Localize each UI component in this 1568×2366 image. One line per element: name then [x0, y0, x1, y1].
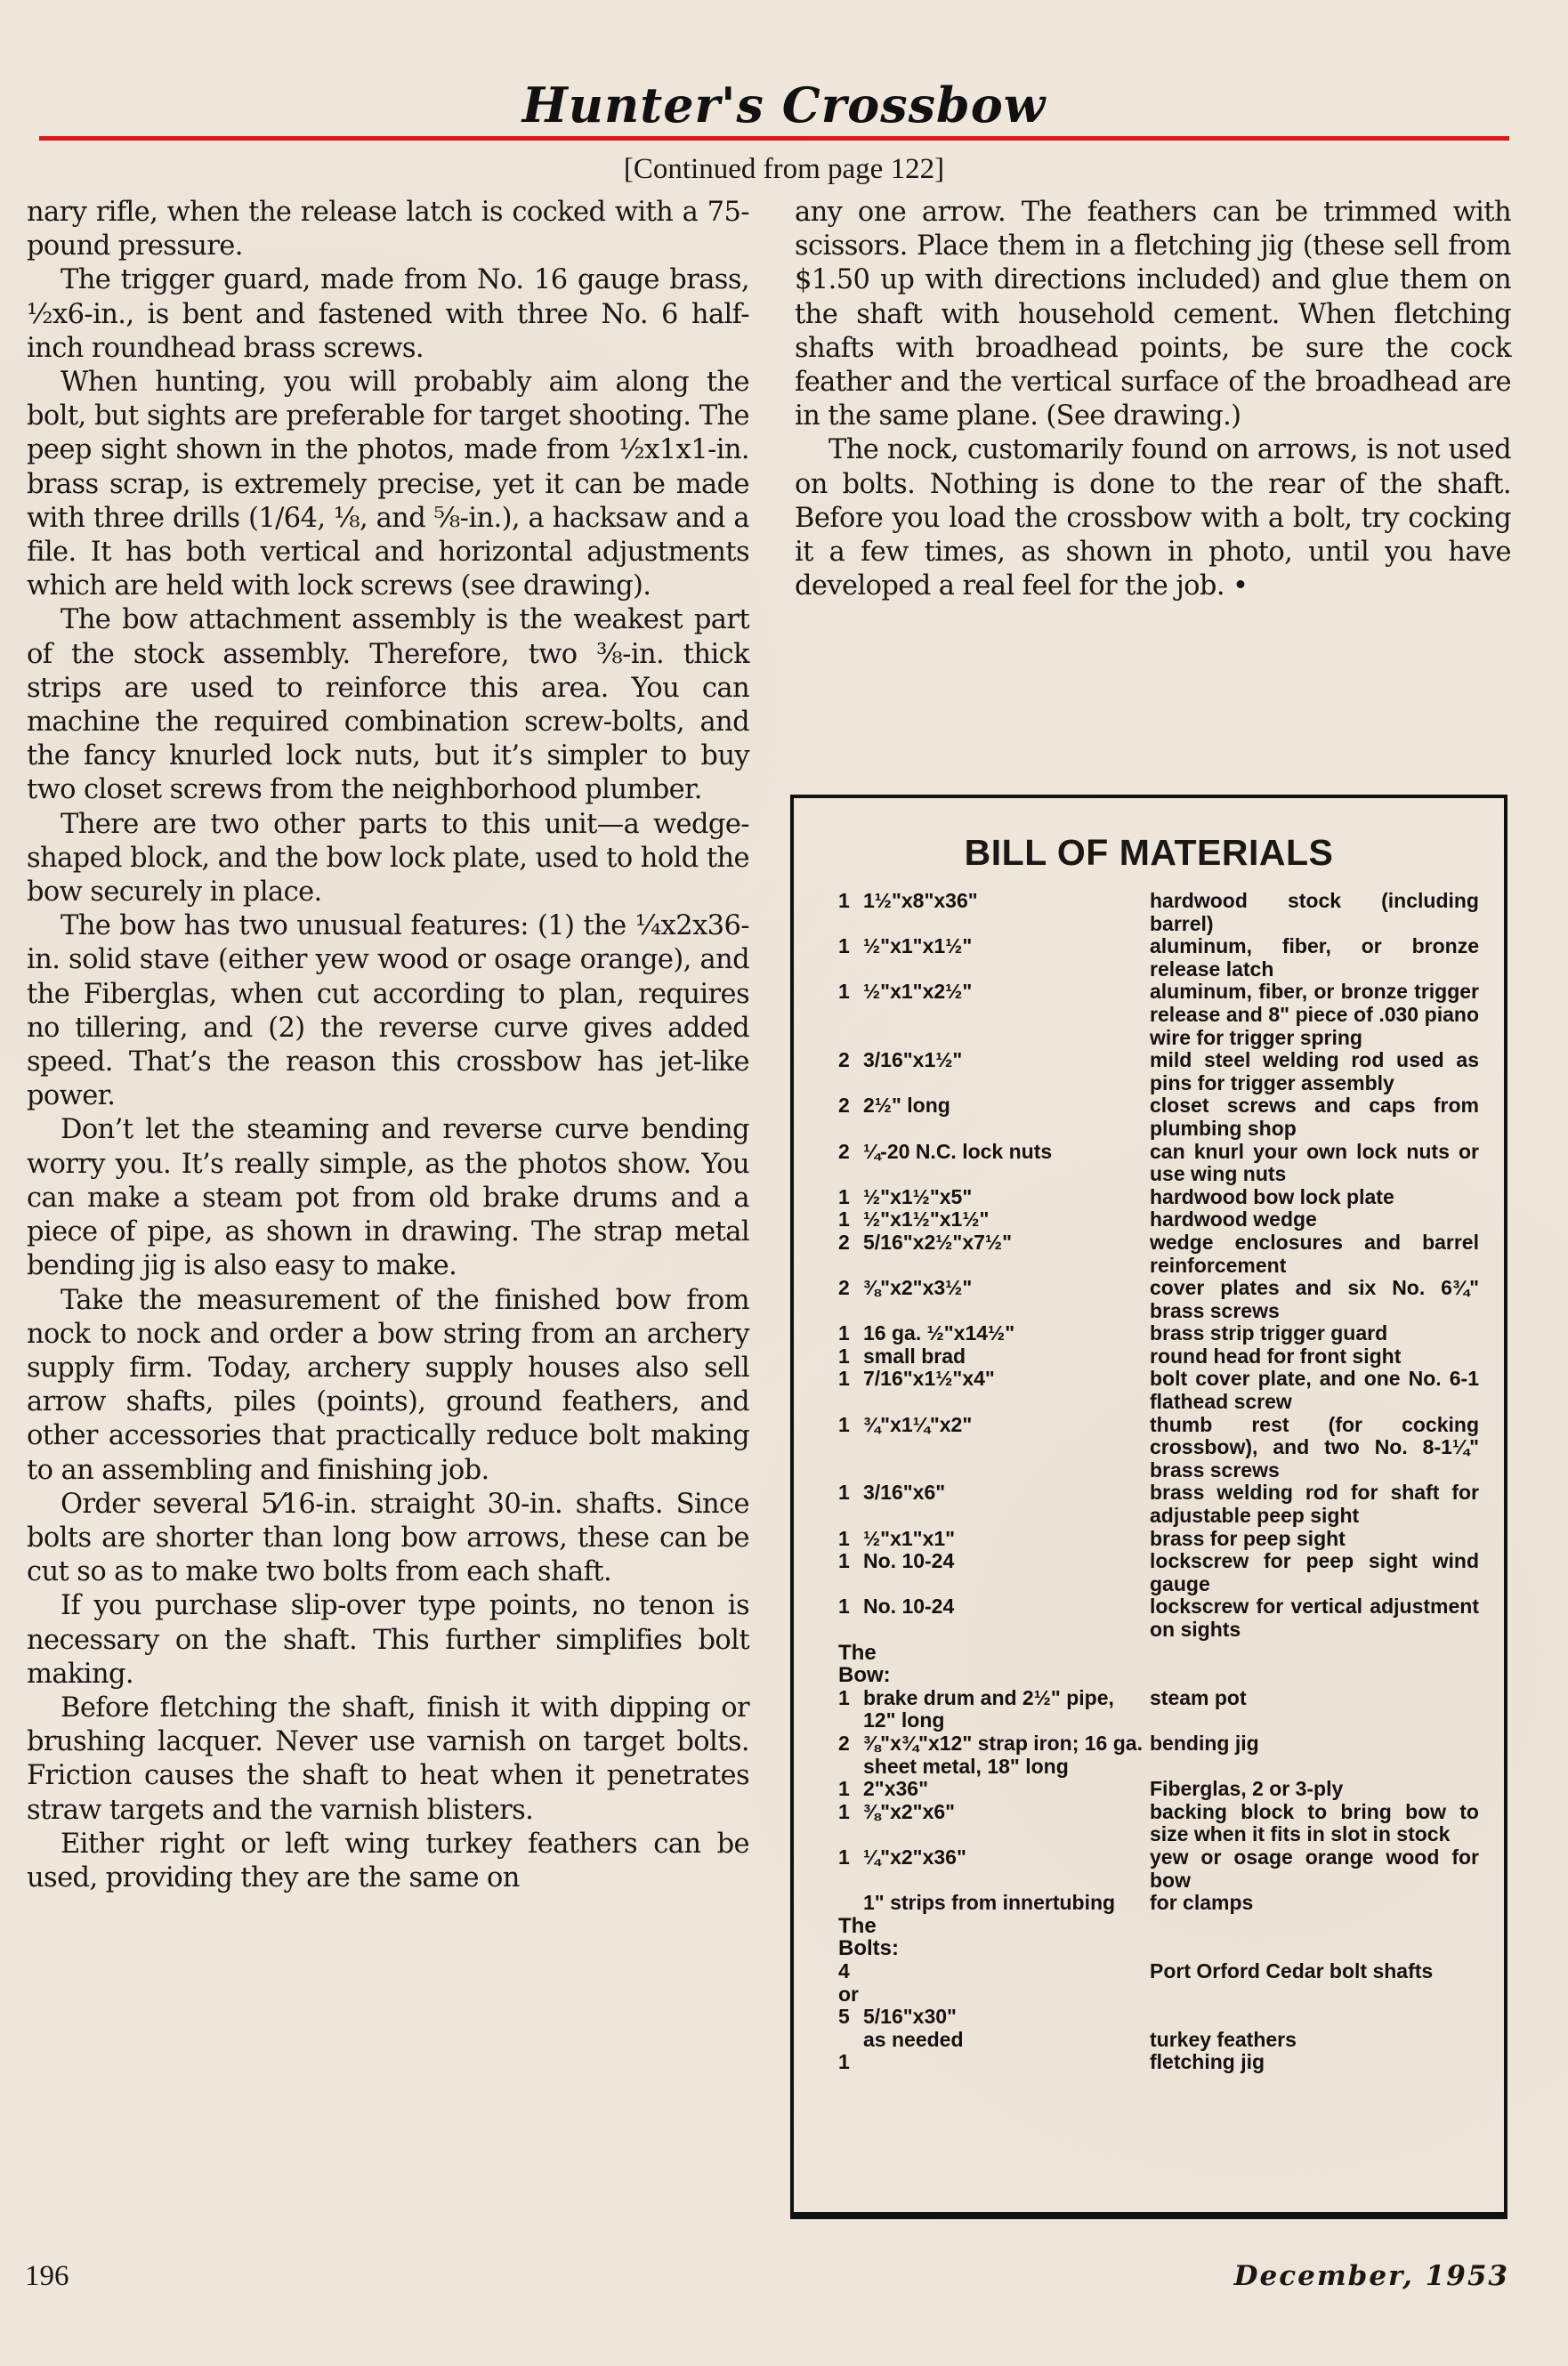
bom-size: ⅜"x2"x3½"	[863, 1277, 1150, 1322]
bom-desc: hardwood stock (including barrel)	[1150, 890, 1479, 935]
bom-qty: 1	[838, 1414, 863, 1482]
bom-row: 12"x36"Fiberglas, 2 or 3-ply	[838, 1778, 1479, 1801]
bom-size	[863, 1960, 1150, 1983]
bom-row: 1small bradround head for front sight	[838, 1345, 1479, 1369]
bom-row: 1No. 10-24lockscrew for peep sight wind …	[838, 1550, 1479, 1595]
bom-desc	[1150, 2006, 1479, 2029]
bom-desc: round head for front sight	[1150, 1345, 1479, 1369]
bom-qty: 1	[838, 890, 863, 935]
bom-size: brake drum and 2½" pipe, 12" long	[863, 1687, 1150, 1732]
bom-qty: 1	[838, 981, 863, 1049]
article-column-right: any one arrow. The feathers can be trimm…	[795, 196, 1511, 603]
bom-desc: steam pot	[1150, 1687, 1479, 1732]
article-paragraph: Either right or left wing turkey feather…	[27, 1828, 749, 1895]
bom-desc: for clamps	[1150, 1892, 1479, 1915]
bom-desc: closet screws and caps from plumbing sho…	[1150, 1094, 1479, 1140]
bom-size: 3/16"x1½"	[863, 1049, 1150, 1094]
bom-row: 1brake drum and 2½" pipe, 12" longsteam …	[838, 1687, 1479, 1732]
bom-row: 55/16"x30"	[838, 2006, 1479, 2029]
bom-size: 7/16"x1½"x4"	[863, 1368, 1150, 1413]
bom-qty: 1	[838, 935, 863, 981]
bom-size: ½"x1"x1"	[863, 1528, 1150, 1551]
bom-size: ¼"x2"x36"	[863, 1846, 1150, 1892]
bom-desc: wedge enclosures and barrel reinforcemen…	[1150, 1231, 1479, 1277]
bom-qty: 2	[838, 1277, 863, 1322]
bom-size: 2½" long	[863, 1094, 1150, 1140]
article-paragraph: Don’t let the steaming and reverse curve…	[27, 1113, 749, 1283]
bom-row: 1" strips from innertubingfor clamps	[838, 1892, 1479, 1915]
bom-size: 1½"x8"x36"	[863, 890, 1150, 935]
bom-qty: 1	[838, 1208, 863, 1231]
bom-desc: turkey feathers	[1150, 2029, 1479, 2052]
bom-qty: 1	[838, 1322, 863, 1345]
bom-size: ½"x1½"x5"	[863, 1186, 1150, 1209]
bom-size	[863, 1983, 1150, 2007]
bom-size: small brad	[863, 1345, 1150, 1369]
article-paragraph: There are two other parts to this unit—a…	[27, 808, 749, 910]
bom-desc: Port Orford Cedar bolt shafts	[1150, 1960, 1479, 1983]
bom-row: 1¾"x1¼"x2"thumb rest (for cocking crossb…	[838, 1414, 1479, 1482]
bom-row: 1½"x1½"x1½"hardwood wedge	[838, 1208, 1479, 1231]
article-paragraph: If you purchase slip-over type points, n…	[27, 1589, 749, 1692]
bom-desc: can knurl your own lock nuts or use wing…	[1150, 1141, 1479, 1186]
bom-row: 1fletching jig	[838, 2051, 1479, 2074]
bom-qty: 1	[838, 1687, 863, 1732]
bom-desc: mild steel welding rod used as pins for …	[1150, 1049, 1479, 1094]
continued-from-note: [Continued from page 122]	[0, 153, 1568, 186]
article-paragraph: When hunting, you will probably aim alon…	[27, 366, 749, 603]
article-paragraph: The bow attachment assembly is the weake…	[27, 603, 749, 807]
bom-size: ½"x1"x2½"	[863, 981, 1150, 1049]
article-paragraph: The nock, customarily found on arrows, i…	[795, 433, 1511, 603]
bom-desc: yew or osage orange wood for bow	[1150, 1846, 1479, 1892]
bom-row: 2¼-20 N.C. lock nutscan knurl your own l…	[838, 1141, 1479, 1186]
bom-qty: 1	[838, 1801, 863, 1846]
bill-of-materials-box: BILL OF MATERIALS 11½"x8"x36"hardwood st…	[790, 795, 1507, 2219]
bom-size: 5/16"x30"	[863, 2006, 1150, 2029]
bom-qty: 2	[838, 1049, 863, 1094]
bom-qty: 1	[838, 2051, 863, 2074]
bom-desc: cover plates and six No. 6¾" brass screw…	[1150, 1277, 1479, 1322]
bom-size	[863, 2051, 1150, 2074]
article-paragraph: Order several 5⁄16-in. straight 30-in. s…	[27, 1488, 749, 1590]
bom-row: 13/16"x6"brass welding rod for shaft for…	[838, 1482, 1479, 1527]
bom-qty: 1	[838, 1482, 863, 1527]
bom-qty: 5	[838, 2006, 863, 2029]
bom-qty: 4	[838, 1960, 863, 1983]
bom-row: 1¼"x2"x36"yew or osage orange wood for b…	[838, 1846, 1479, 1892]
bom-desc: aluminum, fiber, or bronze trigger relea…	[1150, 981, 1479, 1049]
bom-row: 2⅜"x¾"x12" strap iron; 16 ga. sheet meta…	[838, 1732, 1479, 1778]
bom-row: 25/16"x2½"x7½"wedge enclosures and barre…	[838, 1231, 1479, 1277]
article-paragraph: nary rifle, when the release latch is co…	[27, 196, 749, 263]
bom-desc: hardwood bow lock plate	[1150, 1186, 1479, 1209]
bom-desc: aluminum, fiber, or bronze release latch	[1150, 935, 1479, 981]
bom-desc: brass welding rod for shaft for adjustab…	[1150, 1482, 1479, 1527]
bom-qty: 1	[838, 1595, 863, 1641]
article-paragraph: Take the measurement of the finished bow…	[27, 1284, 749, 1488]
bom-size: 5/16"x2½"x7½"	[863, 1231, 1150, 1277]
bom-row: 1½"x1½"x5"hardwood bow lock plate	[838, 1186, 1479, 1209]
bom-size: ¼-20 N.C. lock nuts	[863, 1141, 1150, 1186]
bom-row: 116 ga. ½"x14½"brass strip trigger guard	[838, 1322, 1479, 1345]
bom-qty: 2	[838, 1141, 863, 1186]
bill-of-materials-title: BILL OF MATERIALS	[794, 832, 1504, 874]
bom-size: 3/16"x6"	[863, 1482, 1150, 1527]
bom-qty	[838, 1892, 863, 1915]
bom-row: 1½"x1"x1"brass for peep sight	[838, 1528, 1479, 1551]
bom-desc: bolt cover plate, and one No. 6-1 flathe…	[1150, 1368, 1479, 1413]
bom-qty: 2	[838, 1732, 863, 1778]
issue-date: December, 1953	[1234, 2260, 1509, 2292]
bom-size: as needed	[863, 2029, 1150, 2052]
bom-size: ⅜"x¾"x12" strap iron; 16 ga. sheet metal…	[863, 1732, 1150, 1778]
bom-size: ¾"x1¼"x2"	[863, 1414, 1150, 1482]
bom-row: or	[838, 1983, 1479, 2007]
bom-section-heading: The Bow:	[838, 1642, 892, 1687]
bom-row: 23/16"x1½"mild steel welding rod used as…	[838, 1049, 1479, 1094]
bom-desc: Fiberglas, 2 or 3-ply	[1150, 1778, 1479, 1801]
bom-qty: 1	[838, 1846, 863, 1892]
bom-size: No. 10-24	[863, 1595, 1150, 1641]
article-paragraph: any one arrow. The feathers can be trimm…	[795, 196, 1511, 433]
article-paragraph: The trigger guard, made from No. 16 gaug…	[27, 263, 749, 366]
bom-size: No. 10-24	[863, 1550, 1150, 1595]
article-title: Hunter's Crossbow	[0, 77, 1568, 133]
bom-qty: 1	[838, 1368, 863, 1413]
bom-qty: 1	[838, 1778, 863, 1801]
bom-qty: 2	[838, 1094, 863, 1140]
bom-row: 1⅜"x2"x6"backing block to bring bow to s…	[838, 1801, 1479, 1846]
bom-size: 16 ga. ½"x14½"	[863, 1322, 1150, 1345]
bill-of-materials-list: 11½"x8"x36"hardwood stock (including bar…	[838, 890, 1479, 2074]
bom-desc: lockscrew for peep sight wind gauge	[1150, 1550, 1479, 1595]
bom-row: 4Port Orford Cedar bolt shafts	[838, 1960, 1479, 1983]
bom-size: 1" strips from innertubing	[863, 1892, 1150, 1915]
bom-qty: 1	[838, 1345, 863, 1369]
page-number: 196	[25, 2260, 69, 2293]
bom-qty: 2	[838, 1231, 863, 1277]
bom-row: 1½"x1"x1½"aluminum, fiber, or bronze rel…	[838, 935, 1479, 981]
bom-desc: bending jig	[1150, 1732, 1479, 1778]
bom-desc: thumb rest (for cocking crossbow), and t…	[1150, 1414, 1479, 1482]
bom-row: 22½" longcloset screws and caps from plu…	[838, 1094, 1479, 1140]
bom-desc: hardwood wedge	[1150, 1208, 1479, 1231]
bom-row: 11½"x8"x36"hardwood stock (including bar…	[838, 890, 1479, 935]
title-rule-divider	[39, 136, 1509, 141]
bom-qty: 1	[838, 1550, 863, 1595]
article-paragraph: The bow has two unusual features: (1) th…	[27, 909, 749, 1113]
bom-desc: fletching jig	[1150, 2051, 1479, 2074]
bom-desc: brass strip trigger guard	[1150, 1322, 1479, 1345]
bom-size: 2"x36"	[863, 1778, 1150, 1801]
bom-qty	[838, 2029, 863, 2052]
bom-row: 2⅜"x2"x3½"cover plates and six No. 6¾" b…	[838, 1277, 1479, 1322]
bom-row: 17/16"x1½"x4"bolt cover plate, and one N…	[838, 1368, 1479, 1413]
bom-qty: 1	[838, 1528, 863, 1551]
bom-size: ½"x1"x1½"	[863, 935, 1150, 981]
bom-qty: 1	[838, 1186, 863, 1209]
bom-row: as neededturkey feathers	[838, 2029, 1479, 2052]
bom-size: ½"x1½"x1½"	[863, 1208, 1150, 1231]
article-paragraph: Before fletching the shaft, finish it wi…	[27, 1692, 749, 1828]
bom-row: 1½"x1"x2½"aluminum, fiber, or bronze tri…	[838, 981, 1479, 1049]
bom-desc	[1150, 1983, 1479, 2007]
bom-desc: brass for peep sight	[1150, 1528, 1479, 1551]
article-column-left: nary rifle, when the release latch is co…	[27, 196, 749, 1895]
bom-size: ⅜"x2"x6"	[863, 1801, 1150, 1846]
bom-desc: backing block to bring bow to size when …	[1150, 1801, 1479, 1846]
bom-row: 1No. 10-24lockscrew for vertical adjustm…	[838, 1595, 1479, 1641]
bom-qty: or	[838, 1983, 863, 2007]
bom-desc: lockscrew for vertical adjustment on sig…	[1150, 1595, 1479, 1641]
bom-section-heading: The Bolts:	[838, 1915, 892, 1960]
